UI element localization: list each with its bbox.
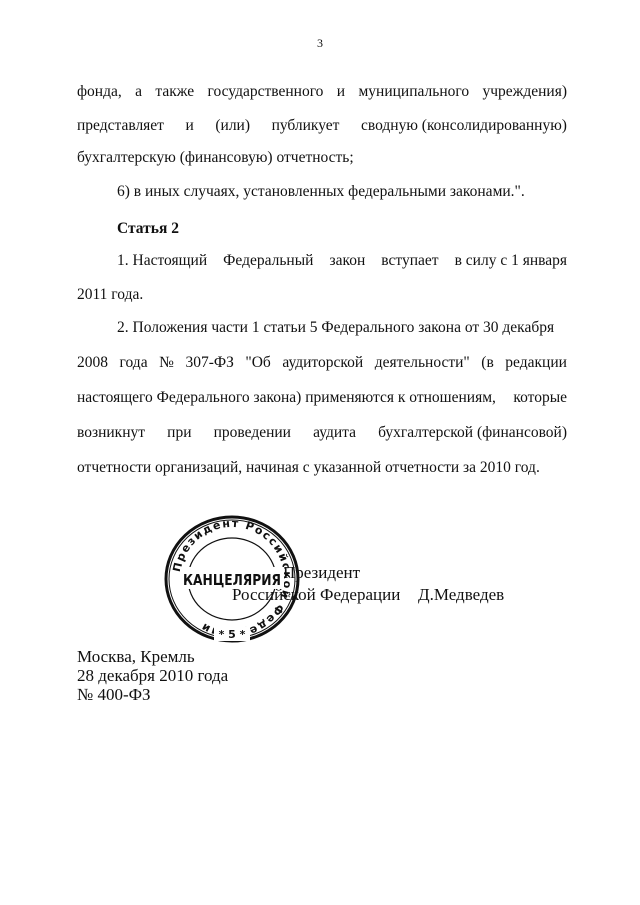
word: года [120, 354, 148, 372]
word: деятельности" [375, 354, 470, 372]
para2-line4: возникнут при проведении аудита бухгалте… [77, 424, 567, 442]
word: фонда, [77, 83, 122, 101]
word: закон [329, 252, 365, 270]
word: аудита [313, 424, 356, 442]
footer-law-number: № 400-ФЗ [77, 685, 151, 705]
word: в силу с 1 января [455, 252, 567, 270]
word: сводную (консолидированную) [361, 117, 567, 135]
para2-line2: 2008 года № 307-ФЗ "Об аудиторской деяте… [77, 354, 567, 372]
word: публикует [272, 117, 340, 135]
word: настоящего Федерального закона) применяю… [77, 389, 496, 407]
article-title: Статья 2 [117, 220, 179, 238]
word: "Об [245, 354, 270, 372]
word: (или) [215, 117, 250, 135]
item-6: 6) в иных случаях, установленных федерал… [117, 183, 525, 201]
para2-line1: 2. Положения части 1 статьи 5 Федерально… [117, 319, 554, 337]
word: бухгалтерской (финансовой) [378, 424, 567, 442]
word: при [167, 424, 191, 442]
text-line-1: фонда, а также государственного и муници… [77, 83, 567, 101]
para2-line3: настоящего Федерального закона) применяю… [77, 389, 567, 407]
word: № [159, 354, 174, 372]
word: представляет [77, 117, 164, 135]
para1-line2: 2011 года. [77, 286, 143, 304]
text-line-2: представляет и (или) публикует сводную (… [77, 117, 567, 135]
page-number: 3 [0, 36, 640, 51]
word: редакции [505, 354, 567, 372]
para1-line1: 1. Настоящий Федеральный закон вступает … [117, 252, 567, 270]
word: и [337, 83, 345, 101]
footer-place: Москва, Кремль [77, 647, 195, 667]
word: (в [481, 354, 493, 372]
signature-name: Д.Медведев [418, 585, 504, 605]
word: а [135, 83, 142, 101]
word: проведении [214, 424, 291, 442]
stamp-bottom-text: * 5 * [219, 628, 246, 641]
word: вступает [381, 252, 438, 270]
word: и [186, 117, 194, 135]
official-seal-stamp: Президент Российской Федерации КАНЦЕЛЯРИ… [162, 514, 302, 644]
word: государственного [208, 83, 324, 101]
word: муниципального [358, 83, 469, 101]
word: Федеральный [223, 252, 313, 270]
text-line-3: бухгалтерскую (финансовую) отчетность; [77, 149, 354, 167]
word: которые [513, 389, 567, 407]
word: также [155, 83, 194, 101]
word: 2008 [77, 354, 108, 372]
footer-date: 28 декабря 2010 года [77, 666, 228, 686]
word: 307-ФЗ [185, 354, 233, 372]
para2-line5: отчетности организаций, начиная с указан… [77, 459, 540, 477]
stamp-center-text: КАНЦЕЛЯРИЯ [183, 571, 281, 589]
word: учреждения) [482, 83, 567, 101]
word: 1. Настоящий [117, 252, 207, 270]
word: аудиторской [282, 354, 363, 372]
word: возникнут [77, 424, 145, 442]
